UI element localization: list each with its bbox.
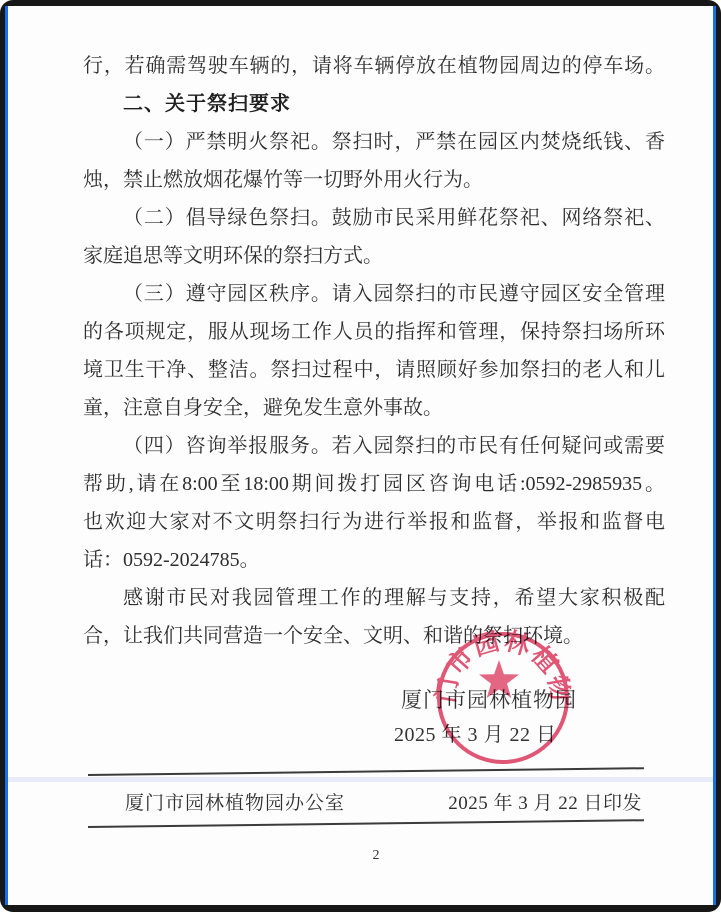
document-line: 帮助,请在8:00至18:00期间拨打园区咨询电话:0592-2985935。 — [83, 465, 665, 503]
footer-top-rule — [88, 767, 644, 776]
footer-print-date: 2025 年 3 月 22 日印发 — [448, 790, 642, 818]
scan-artifact-band — [8, 777, 713, 782]
document-line: 家庭追思等文明环保的祭扫方式。 — [83, 237, 665, 275]
footer-bottom-rule — [88, 819, 644, 828]
page-number: 2 — [366, 848, 386, 864]
document-line: （一）严禁明火祭祀。祭扫时，严禁在园区内焚烧纸钱、香 — [83, 123, 665, 161]
document-line: 的各项规定，服从现场工作人员的指挥和管理，保持祭扫场所环 — [83, 313, 665, 351]
document-line: （三）遵守园区秩序。请入园祭扫的市民遵守园区安全管理 — [83, 275, 665, 313]
seal-arc-text: 厦门市园林植物园 — [431, 627, 574, 705]
document-line: 童，注意自身安全，避免发生意外事故。 — [83, 389, 665, 427]
document-line: 烛，禁止燃放烟花爆竹等一切野外用火行为。 — [83, 161, 665, 199]
svg-text:厦门市园林植物园: 厦门市园林植物园 — [431, 627, 574, 705]
document-line: 行，若确需驾驶车辆的，请将车辆停放在植物园周边的停车场。 — [83, 47, 665, 85]
document-line: （四）咨询举报服务。若入园祭扫的市民有任何疑问或需要 — [83, 427, 665, 465]
document-line: 感谢市民对我园管理工作的理解与支持，希望大家积极配 — [83, 579, 665, 617]
document-body: 行，若确需驾驶车辆的，请将车辆停放在植物园周边的停车场。二、关于祭扫要求（一）严… — [83, 47, 665, 655]
document-line: 境卫生干净、整洁。祭扫过程中，请照顾好参加祭扫的老人和儿 — [83, 351, 665, 389]
document-line: 二、关于祭扫要求 — [83, 85, 665, 123]
scan-frame: 行，若确需驾驶车辆的，请将车辆停放在植物园周边的停车场。二、关于祭扫要求（一）严… — [0, 0, 721, 912]
document-line: 也欢迎大家对不文明祭扫行为进行举报和监督，举报和监督电 — [83, 503, 665, 541]
official-seal-icon: 厦门市园林植物园 — [431, 627, 575, 771]
seal-star-icon — [479, 660, 519, 698]
document-line: 话：0592-2024785。 — [83, 541, 665, 579]
footer-row: 厦门市园林植物园办公室 2025 年 3 月 22 日印发 — [88, 790, 644, 818]
footer-issuing-office: 厦门市园林植物园办公室 — [125, 790, 345, 818]
document-line: 合，让我们共同营造一个安全、文明、和谐的祭扫环境。 — [83, 617, 665, 655]
document-page: 行，若确需驾驶车辆的，请将车辆停放在植物园周边的停车场。二、关于祭扫要求（一）严… — [5, 6, 716, 905]
document-line: （二）倡导绿色祭扫。鼓励市民采用鲜花祭祀、网络祭祀、 — [83, 199, 665, 237]
